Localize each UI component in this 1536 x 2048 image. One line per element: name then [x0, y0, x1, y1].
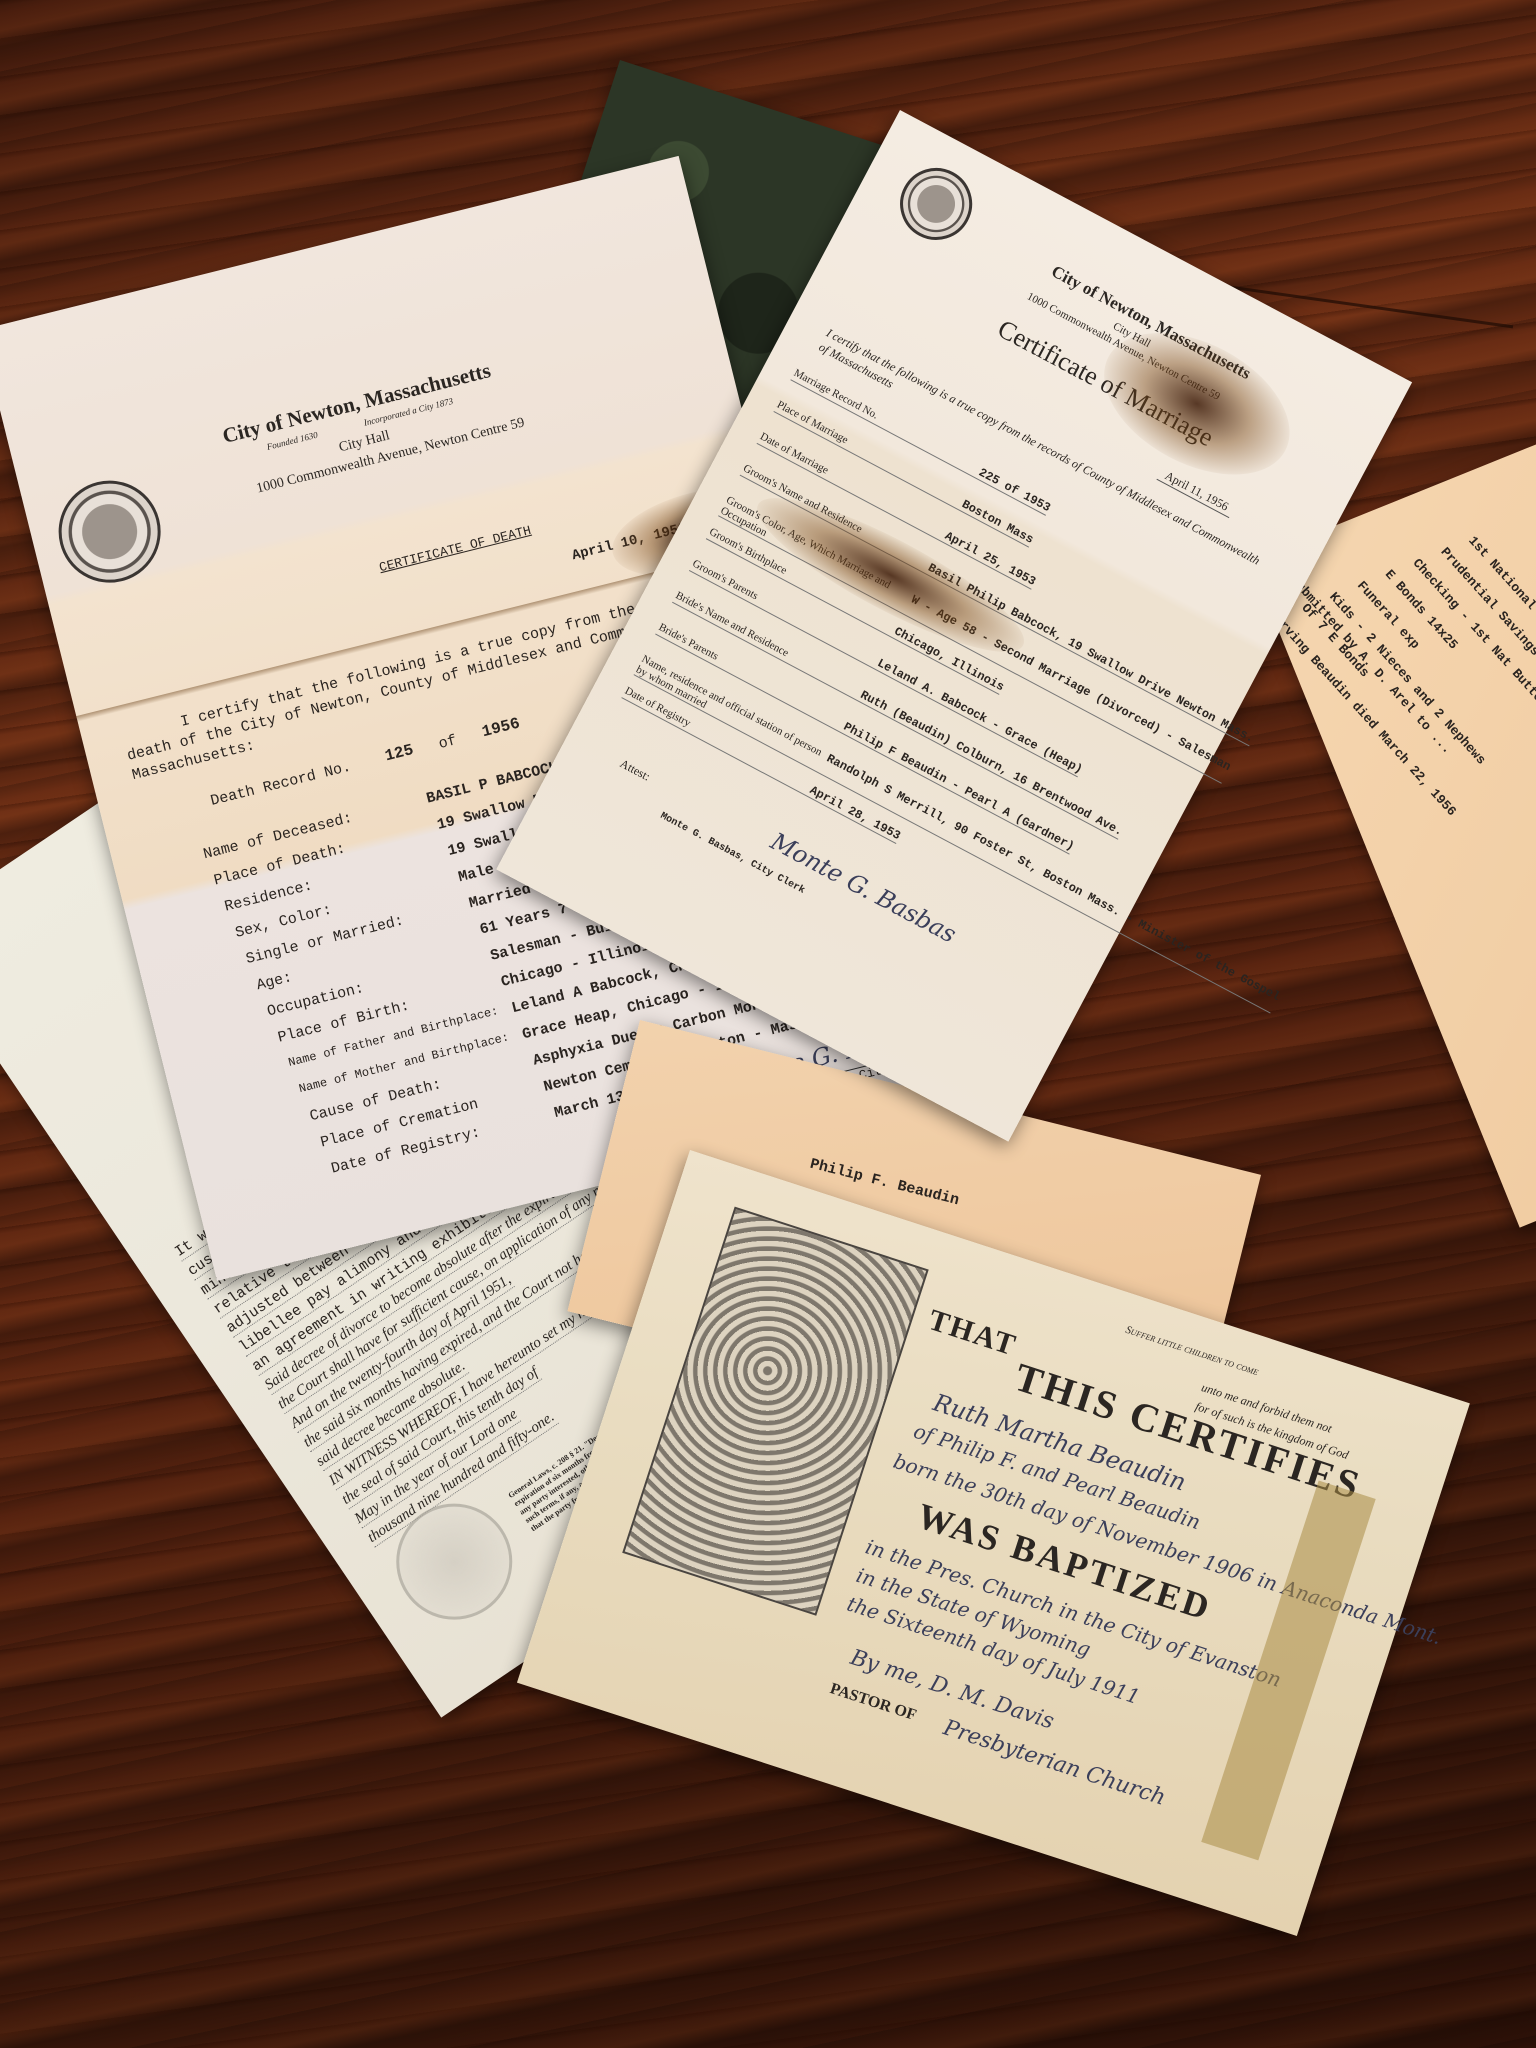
baptism-scroll-left: Suffer little children to come — [1124, 1324, 1260, 1378]
bank-note-line: Of 7 E Bonds — [1298, 601, 1372, 681]
death-cert-fields: Name of Deceased:BASIL P BABCOCKPlace of… — [0, 156, 679, 330]
death-cert-title: CERTIFICATE OF DEATH — [378, 523, 533, 575]
death-record-of: of — [437, 732, 459, 753]
baptism-church: Presbyterian Church — [940, 1715, 1168, 1810]
death-record-number: 125 — [383, 741, 415, 765]
baptism-heading-prefix: THAT — [924, 1303, 1021, 1363]
death-record-label: Death Record No. — [209, 759, 353, 810]
photo-scene: { "scene": { "description": "Photograph … — [0, 0, 1536, 2048]
probate-court-embossed-seal — [374, 1481, 535, 1642]
city-of-newton-seal — [48, 470, 172, 594]
marriage-attest-label: Attest: — [617, 756, 652, 784]
city-of-newton-seal — [887, 155, 984, 252]
baptism-certificate: Suffer little children to come unto me a… — [517, 1150, 1470, 1936]
death-record-year: 1956 — [480, 714, 522, 741]
burn-stain — [1080, 304, 1313, 504]
